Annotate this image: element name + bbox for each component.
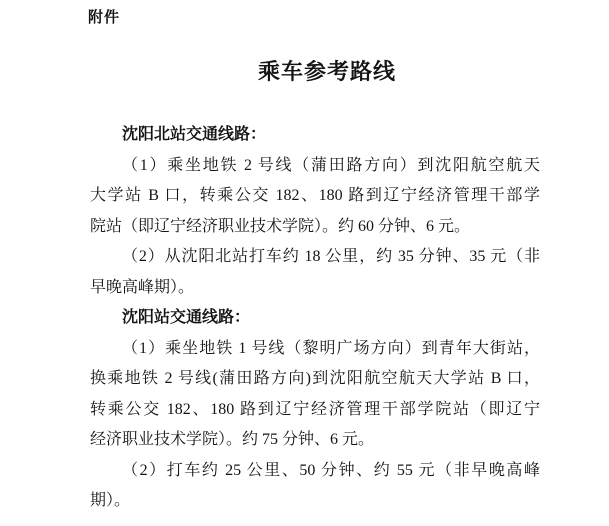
document-line: 转乘公交 182、180 路到辽宁经济管理干部学院站（即辽宁 xyxy=(90,395,540,426)
document-line: （1）乘坐地铁 2 号线（蒲田路方向）到沈阳航空航天 xyxy=(90,151,540,182)
section-heading: 沈阳站交通线路： xyxy=(90,303,540,334)
paragraph: （1）乘坐地铁 1 号线（黎明广场方向）到青年大街站，换乘地铁 2 号线(蒲田路… xyxy=(90,334,540,456)
document-line: 院站（即辽宁经济职业技术学院）。约 60 分钟、6 元。 xyxy=(90,212,540,243)
document-body: 沈阳北站交通线路：（1）乘坐地铁 2 号线（蒲田路方向）到沈阳航空航天大学站 B… xyxy=(90,120,540,517)
document-line: 大学站 B 口，转乘公交 182、180 路到辽宁经济管理干部学 xyxy=(90,181,540,212)
document-title: 乘车参考路线 xyxy=(0,58,609,86)
section-heading: 沈阳北站交通线路： xyxy=(90,120,540,151)
document-page: 附件 乘车参考路线 沈阳北站交通线路：（1）乘坐地铁 2 号线（蒲田路方向）到沈… xyxy=(0,8,609,526)
transit-section: 沈阳站交通线路：（1）乘坐地铁 1 号线（黎明广场方向）到青年大街站，换乘地铁 … xyxy=(90,303,540,517)
document-line: （2）打车约 25 公里、50 分钟、约 55 元（非早晚高峰 xyxy=(90,456,540,487)
document-line: 早晚高峰期）。 xyxy=(90,273,540,304)
attachment-label: 附件 xyxy=(88,8,609,28)
document-line: （1）乘坐地铁 1 号线（黎明广场方向）到青年大街站， xyxy=(90,334,540,365)
paragraph: （1）乘坐地铁 2 号线（蒲田路方向）到沈阳航空航天大学站 B 口，转乘公交 1… xyxy=(90,151,540,243)
document-line: 期）。 xyxy=(90,486,540,517)
transit-section: 沈阳北站交通线路：（1）乘坐地铁 2 号线（蒲田路方向）到沈阳航空航天大学站 B… xyxy=(90,120,540,303)
document-line: 换乘地铁 2 号线(蒲田路方向)到沈阳航空航天大学站 B 口， xyxy=(90,364,540,395)
paragraph: （2）打车约 25 公里、50 分钟、约 55 元（非早晚高峰期）。 xyxy=(90,456,540,517)
document-line: 经济职业技术学院）。约 75 分钟、6 元。 xyxy=(90,425,540,456)
document-line: （2）从沈阳北站打车约 18 公里，约 35 分钟、35 元（非 xyxy=(90,242,540,273)
paragraph: （2）从沈阳北站打车约 18 公里，约 35 分钟、35 元（非早晚高峰期）。 xyxy=(90,242,540,303)
